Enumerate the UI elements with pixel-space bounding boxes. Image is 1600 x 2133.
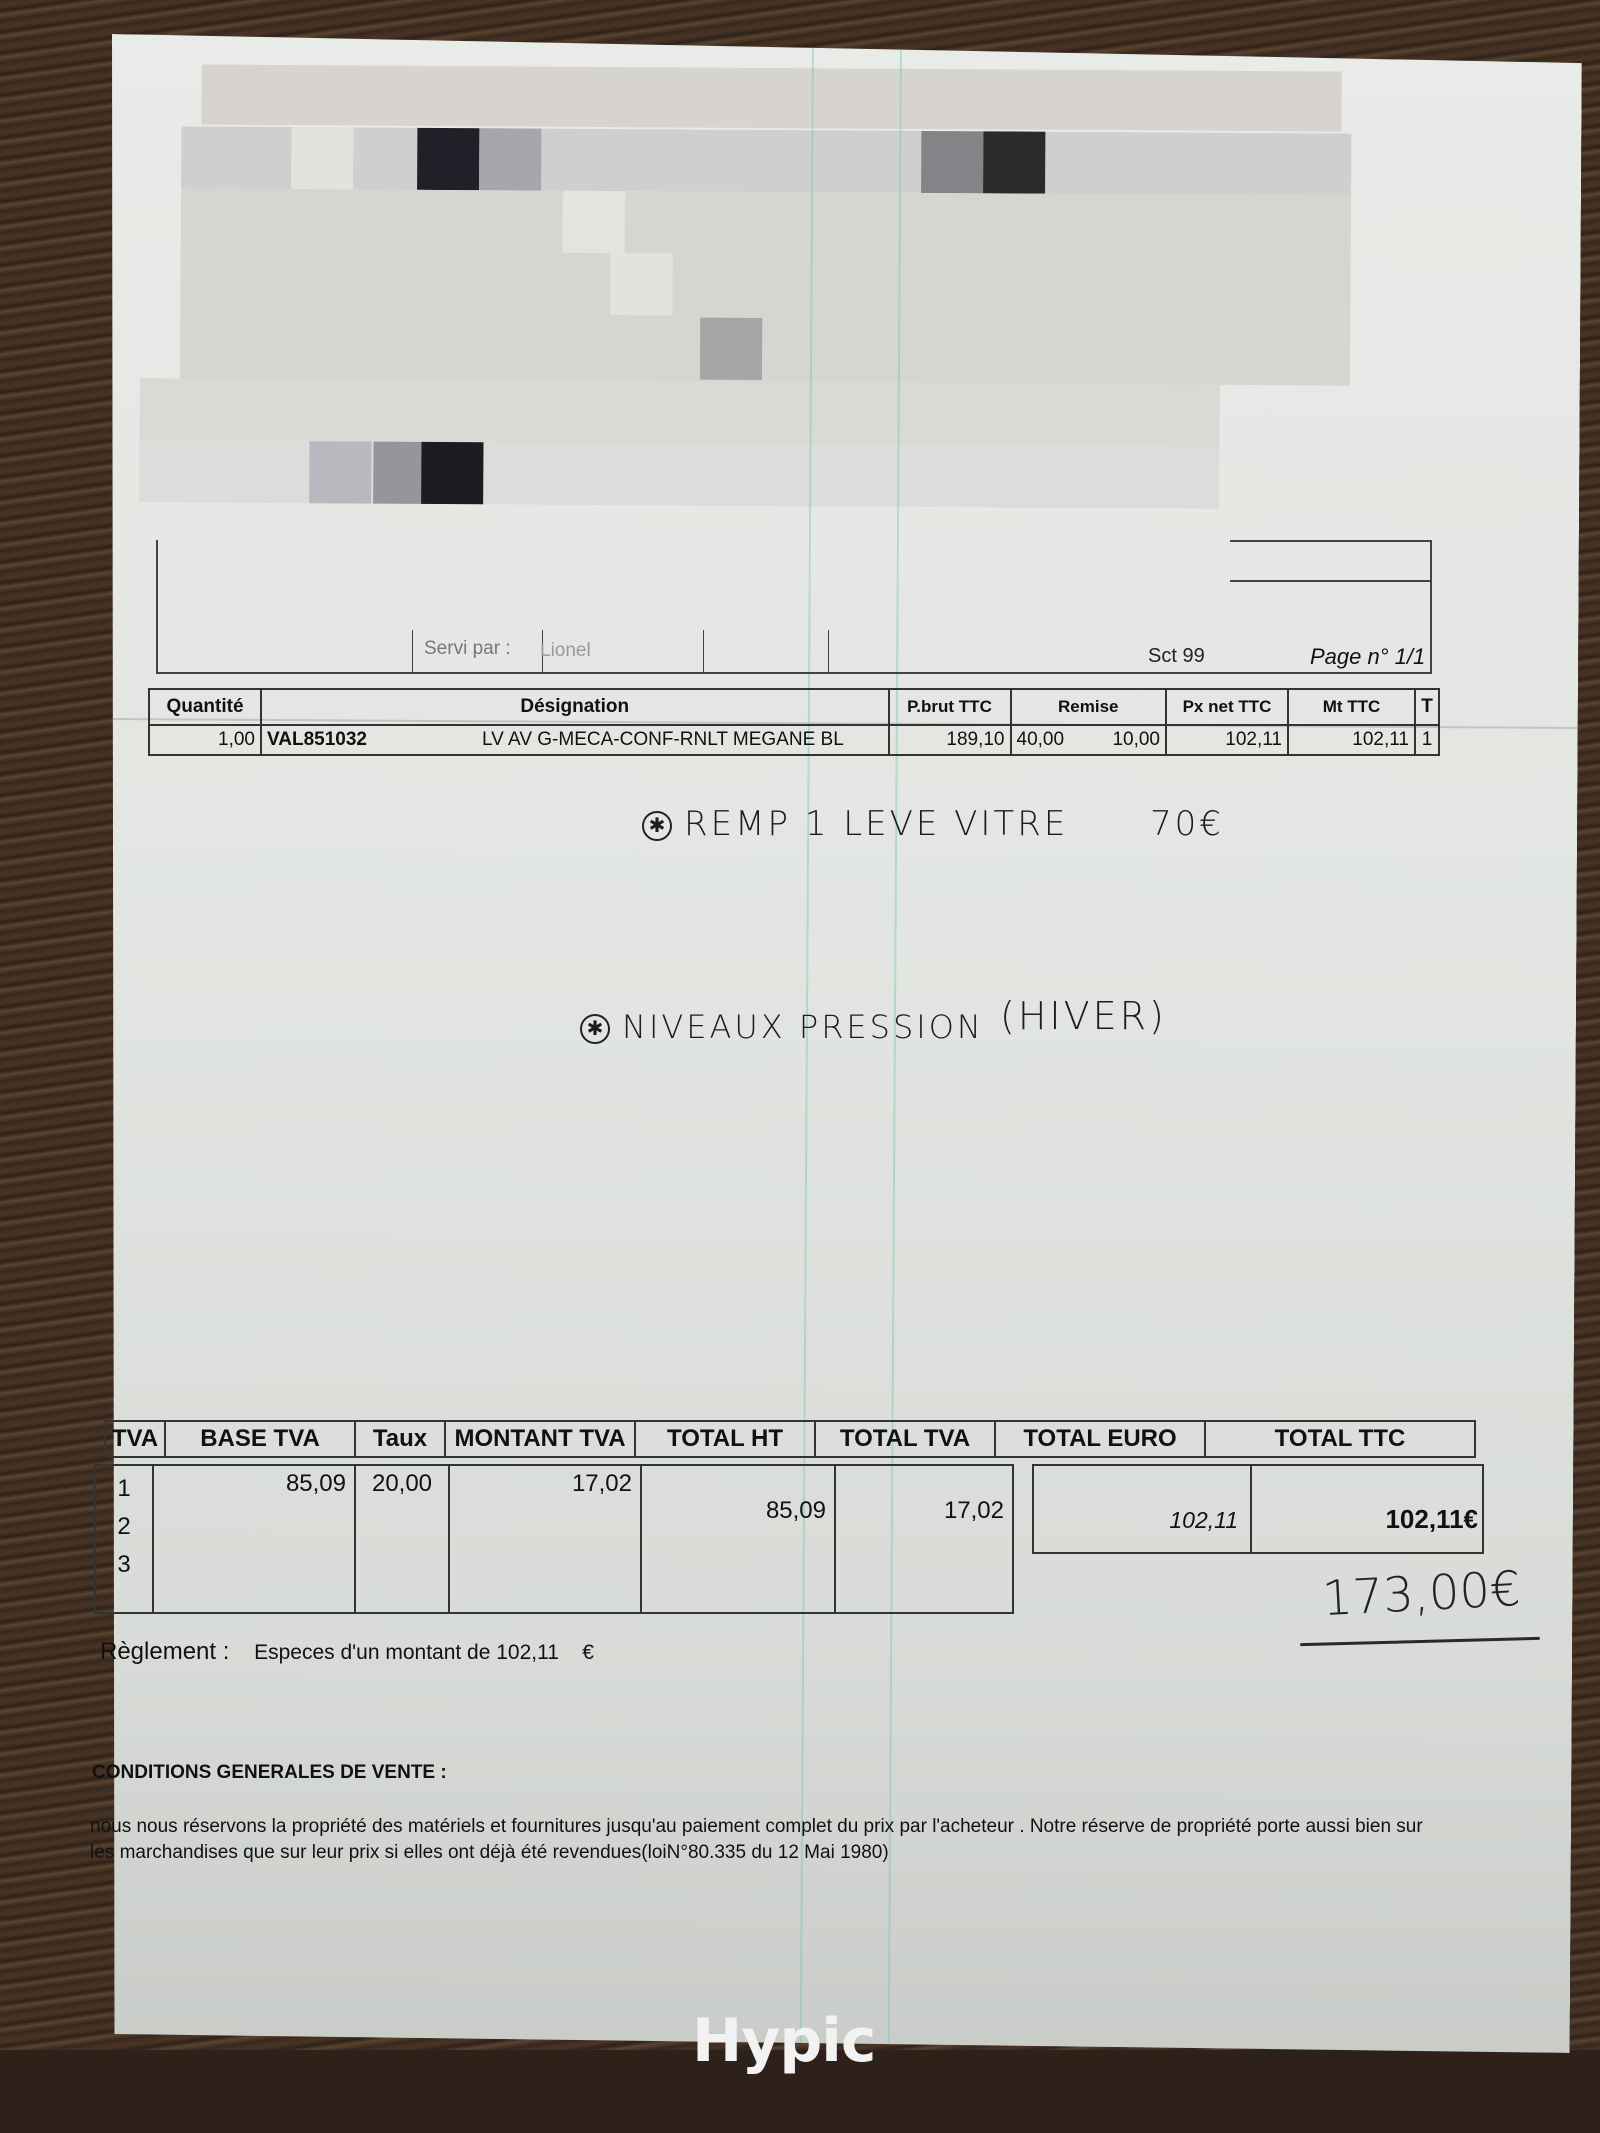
total-euro-value: 102,11 bbox=[1040, 1507, 1238, 1534]
cell-total-ht: 85,09 bbox=[641, 1465, 835, 1613]
payment-line: Règlement : Especes d'un montant de 102,… bbox=[100, 1638, 594, 1666]
cell-total-tva: 17,02 bbox=[835, 1465, 1013, 1613]
conditions-text: nous nous réservons la propriété des mat… bbox=[90, 1814, 1450, 1866]
header-box bbox=[156, 540, 1432, 674]
payment-value: Especes d'un montant de 102,11 € bbox=[254, 1641, 594, 1664]
col-pbrut: P.brut TTC bbox=[889, 689, 1011, 725]
cell-tax-code: 1 bbox=[1415, 725, 1439, 755]
col-remise: Remise bbox=[1011, 689, 1167, 725]
col-tva: TVA bbox=[105, 1421, 165, 1457]
col-mt: Mt TTC bbox=[1288, 689, 1415, 725]
payment-label: Règlement : bbox=[100, 1638, 229, 1665]
items-table: Quantité Désignation P.brut TTC Remise P… bbox=[148, 688, 1440, 756]
asterisk-circle-icon: ✱ bbox=[642, 811, 672, 841]
cell-base-tva: 85,09 bbox=[153, 1465, 355, 1613]
cell-taux: 20,00 bbox=[355, 1465, 449, 1613]
total-ttc-value: 102,11€ bbox=[1256, 1504, 1478, 1535]
col-taux: Taux bbox=[355, 1421, 445, 1457]
col-base-tva: BASE TVA bbox=[165, 1421, 355, 1457]
redacted-header bbox=[112, 34, 1582, 43]
cell-reference: VAL851032 bbox=[261, 725, 442, 755]
cell-amount: 102,11 bbox=[1288, 725, 1415, 755]
cell-net-price: 102,11 bbox=[1166, 725, 1288, 755]
cell-designation: LV AV G-MECA-CONF-RNLT MEGANE BL bbox=[442, 725, 889, 755]
handwritten-price-1: 70€ bbox=[1150, 804, 1224, 844]
vat-table-body: 1 2 3 85,09 20,00 17,02 85,09 17,02 bbox=[94, 1464, 1014, 1614]
handwritten-note-2: ✱NIVEAUX PRESSION bbox=[580, 1008, 984, 1046]
served-by-name: Lionel bbox=[540, 640, 591, 662]
cell-gross-price: 189,10 bbox=[889, 725, 1011, 755]
col-total-euro: TOTAL EURO bbox=[995, 1421, 1205, 1457]
col-designation: Désignation bbox=[261, 689, 889, 725]
table-row: 1,00 VAL851032 LV AV G-MECA-CONF-RNLT ME… bbox=[149, 725, 1439, 755]
col-montant-tva: MONTANT TVA bbox=[445, 1421, 635, 1457]
page-number: Page n° 1/1 bbox=[1310, 644, 1425, 670]
col-quantite: Quantité bbox=[149, 689, 261, 725]
cell-quantity: 1,00 bbox=[149, 725, 261, 755]
col-t: T bbox=[1415, 689, 1439, 725]
cell-discount-1: 40,00 bbox=[1011, 725, 1089, 755]
handwritten-note-2-season: (HIVER) bbox=[1000, 994, 1167, 1038]
asterisk-circle-icon: ✱ bbox=[580, 1014, 610, 1044]
cell-montant-tva: 17,02 bbox=[449, 1465, 641, 1613]
col-pxnet: Px net TTC bbox=[1166, 689, 1288, 725]
watermark-logo: Hypic bbox=[692, 2006, 875, 2076]
vat-table-header: TVA BASE TVA Taux MONTANT TVA TOTAL HT T… bbox=[104, 1420, 1476, 1458]
handwritten-note-1: ✱REMP 1 LEVE VITRE bbox=[642, 804, 1068, 844]
conditions-title: CONDITIONS GENERALES DE VENTE : bbox=[92, 1762, 447, 1784]
col-total-ht: TOTAL HT bbox=[635, 1421, 815, 1457]
col-total-tva: TOTAL TVA bbox=[815, 1421, 995, 1457]
col-total-ttc: TOTAL TTC bbox=[1205, 1421, 1475, 1457]
cell-tva-codes: 1 2 3 bbox=[95, 1465, 153, 1613]
sector-code: Sct 99 bbox=[1148, 645, 1205, 668]
served-by-label: Servi par : bbox=[424, 638, 511, 660]
handwritten-grand-total: 173,00€ bbox=[1321, 1561, 1522, 1627]
cell-discount-2: 10,00 bbox=[1088, 725, 1166, 755]
